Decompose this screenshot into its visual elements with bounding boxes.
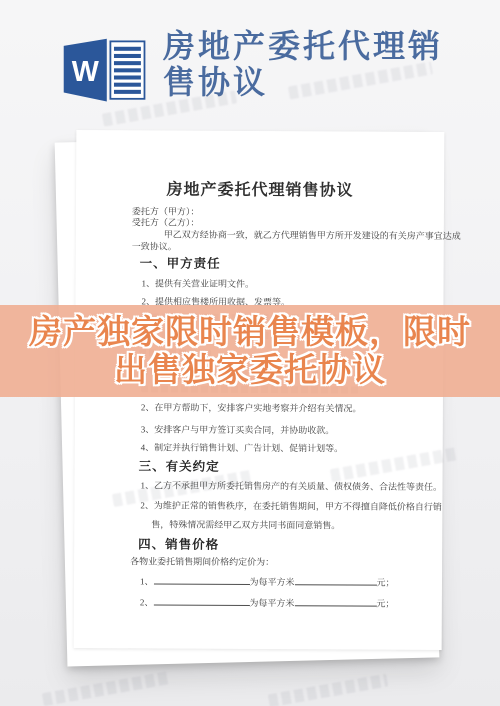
section1-item-1: 1、提供有关营业证明文件。 bbox=[142, 276, 255, 290]
section2-item-4: 4、制定并执行销售计划、广告计划、促销计划等。 bbox=[141, 440, 344, 454]
watermark bbox=[268, 674, 388, 706]
promo-banner-line-1: 房产独家限时销售模板，限时 bbox=[29, 313, 471, 351]
price-line-2: 2、为每平方米元； bbox=[140, 595, 395, 609]
fill-in-blank bbox=[153, 575, 249, 585]
intro-line-1: 甲乙双方经协商一致，就乙方代理销售甲方所开发建设的有关房产事宜达成 bbox=[164, 227, 461, 242]
fill-in-blank bbox=[153, 596, 249, 606]
svg-text:W: W bbox=[72, 56, 100, 88]
section2-item-3: 3、安排客户与甲方签订买卖合同，并协助收款。 bbox=[141, 422, 335, 436]
section4-intro: 各物业委托销售期间价格约定价为： bbox=[130, 554, 274, 568]
price-line-mid: 为每平方米 bbox=[249, 577, 294, 587]
price-line-num: 1、 bbox=[140, 576, 154, 586]
section3-item-2: 2、为维护正常的销售秩序，在委托销售期间，甲方不得擅自降低价格自行销 bbox=[140, 498, 442, 513]
price-line-num: 2、 bbox=[140, 597, 154, 607]
word-icon: W bbox=[60, 36, 150, 106]
section4-heading: 四、销售价格 bbox=[138, 534, 219, 552]
intro-line-2: 一致协议。 bbox=[132, 239, 177, 252]
template-preview: W 房地产委托代理销售协议 房地产委托代理销售协议 委托方（甲方）： 受托方（乙… bbox=[0, 0, 500, 706]
document-title: 房地产委托代理销售协议 bbox=[76, 176, 444, 201]
section3-heading: 三、有关约定 bbox=[139, 456, 220, 474]
price-line-end: 元； bbox=[376, 599, 394, 609]
fill-in-blank bbox=[294, 597, 376, 606]
header: W 房地产委托代理销售协议 bbox=[0, 0, 500, 120]
section3-item-2-wrap: 售，特殊情况需经甲乙双方共同书面同意销售。 bbox=[151, 517, 340, 531]
price-line-1: 1、为每平方米元； bbox=[140, 574, 395, 588]
price-line-end: 元； bbox=[376, 578, 394, 588]
section2-item-2: 2、在甲方帮助下，安排客户实地考察并介绍有关情况。 bbox=[141, 400, 362, 414]
fill-in-blank bbox=[295, 576, 377, 585]
promo-banner-line-2: 出售独家委托协议 bbox=[114, 351, 386, 389]
section1-heading: 一、甲方责任 bbox=[140, 253, 221, 271]
promo-banner: 房产独家限时销售模板，限时 出售独家委托协议 bbox=[0, 305, 500, 397]
watermark bbox=[42, 671, 172, 706]
price-line-mid: 为每平方米 bbox=[249, 598, 294, 608]
